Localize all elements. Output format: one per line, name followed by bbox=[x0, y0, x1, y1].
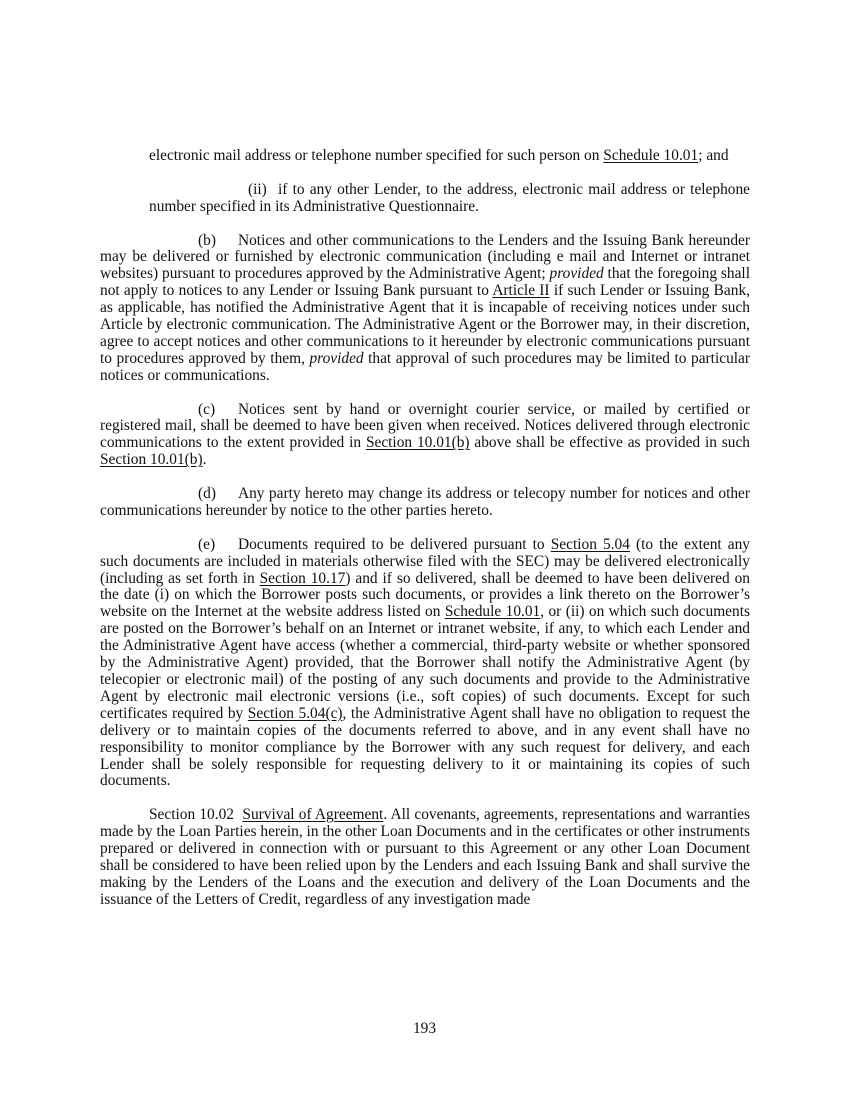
paragraph-c: (c)Notices sent by hand or overnight cou… bbox=[100, 402, 750, 470]
section-title-survival-of-agreement: Survival of Agreement bbox=[242, 806, 383, 823]
italic-provided: provided bbox=[309, 350, 363, 367]
link-schedule-10-01[interactable]: Schedule 10.01 bbox=[603, 147, 698, 164]
clause-label: (b) bbox=[198, 233, 238, 250]
link-schedule-10-01[interactable]: Schedule 10.01 bbox=[445, 603, 540, 620]
paragraph-e: (e)Documents required to be delivered pu… bbox=[100, 537, 750, 791]
document-page: electronic mail address or telephone num… bbox=[100, 148, 750, 909]
link-section-10-17[interactable]: Section 10.17 bbox=[260, 570, 346, 587]
paragraph-d: (d)Any party hereto may change its addre… bbox=[100, 486, 750, 520]
clause-label: (e) bbox=[198, 537, 238, 554]
text: . bbox=[203, 451, 207, 468]
text: above shall be effective as provided in … bbox=[470, 434, 750, 451]
text: ; and bbox=[698, 147, 728, 164]
link-section-10-01-b[interactable]: Section 10.01(b) bbox=[366, 434, 470, 451]
section-label: Section 10.02 bbox=[149, 806, 234, 823]
paragraph-b: (b)Notices and other communications to t… bbox=[100, 233, 750, 385]
clause-label: (d) bbox=[198, 486, 238, 503]
page-number: 193 bbox=[0, 1020, 849, 1038]
paragraph-i-continuation: electronic mail address or telephone num… bbox=[149, 148, 750, 165]
italic-provided: provided bbox=[550, 265, 604, 282]
text: electronic mail address or telephone num… bbox=[149, 147, 603, 164]
text: Documents required to be delivered pursu… bbox=[238, 536, 551, 553]
link-section-5-04-c[interactable]: Section 5.04(c) bbox=[248, 705, 343, 722]
link-article-ii[interactable]: Article II bbox=[492, 282, 549, 299]
paragraph-ii: (ii)if to any other Lender, to the addre… bbox=[149, 182, 750, 216]
clause-label: (c) bbox=[198, 402, 238, 419]
link-section-5-04[interactable]: Section 5.04 bbox=[551, 536, 630, 553]
link-section-10-01-b[interactable]: Section 10.01(b) bbox=[100, 451, 203, 468]
section-10-02: Section 10.02 Survival of Agreement. All… bbox=[100, 807, 750, 908]
clause-label: (ii) bbox=[248, 182, 278, 199]
text: if to any other Lender, to the address, … bbox=[149, 181, 750, 215]
